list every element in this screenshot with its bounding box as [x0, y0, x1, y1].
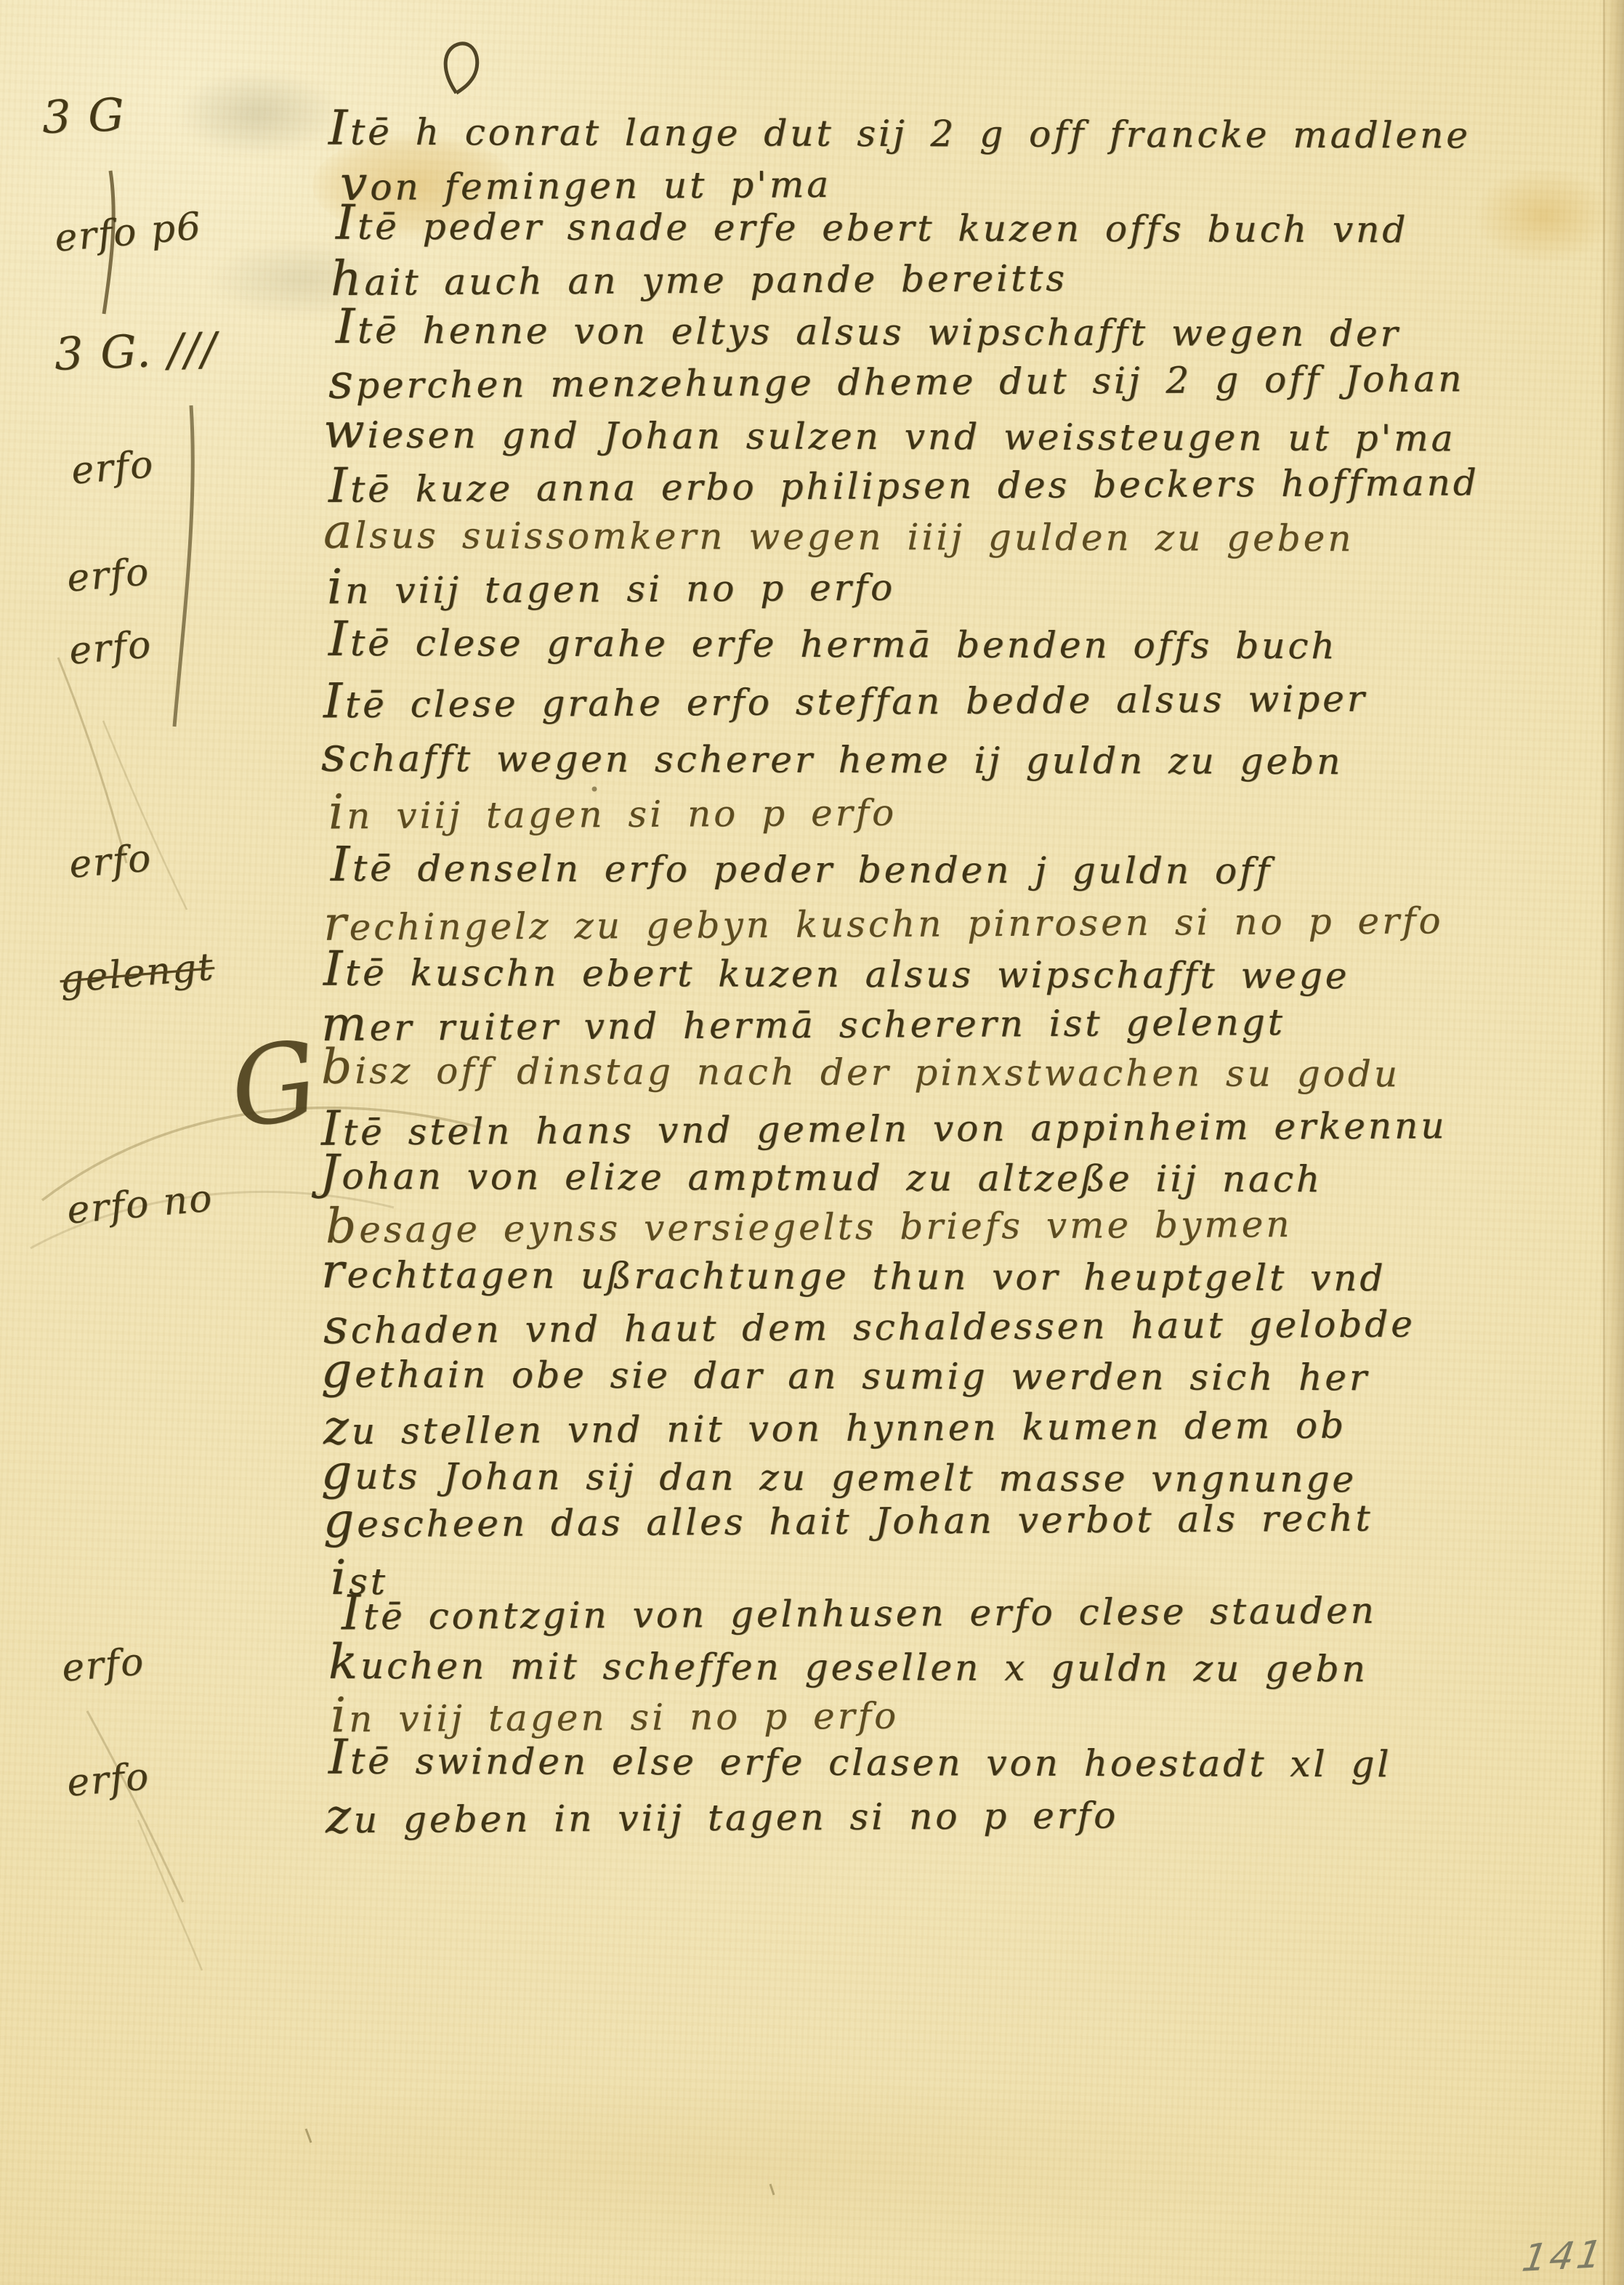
text-line: Itē swinden else erfe clasen von hoestad… — [328, 1736, 1392, 1786]
text-line: Itē contzgin von gelnhusen erfo clese st… — [342, 1586, 1377, 1638]
text-line: zu stellen vnd nit von hynnen kumen dem … — [323, 1401, 1346, 1453]
manuscript-page: 3 G erfo p6 3 G. /// erfo erfo erfo erfo… — [0, 0, 1624, 2285]
text-line: Itē kuschn ebert kuzen alsus wipschafft … — [323, 948, 1350, 997]
text-line: hait auch an yme pande bereitts — [331, 254, 1067, 304]
text-line: kuchen mit scheffen gesellen x guldn zu … — [328, 1641, 1368, 1690]
text-line: rechingelz zu gebyn kuschn pinrosen si n… — [323, 896, 1444, 948]
text-line: gescheen das alles hait Johan verbot als… — [323, 1494, 1373, 1546]
page-edge — [1603, 0, 1605, 2285]
text-line: Itē denseln erfo peder benden j guldn of… — [331, 844, 1272, 892]
text-line: zu geben in viij tagen si no p erfo — [326, 1791, 1119, 1842]
text-line: in viij tagen si no p erfo — [331, 1691, 900, 1741]
text-line: alsus suissomkern wegen iiij gulden zu g… — [323, 511, 1354, 559]
margin-note-struck: gelengt — [58, 947, 216, 1000]
margin-note: erfo — [65, 1756, 152, 1804]
text-line: Itē steln hans vnd gemeln von appinheim … — [321, 1101, 1447, 1153]
ink-stain — [189, 2078, 1279, 2252]
text-line: Itē h conrat lange dut sij 2 g off franc… — [328, 108, 1471, 157]
text-line: sperchen menzehunge dheme dut sij 2 g of… — [328, 354, 1465, 407]
ink-stain — [1475, 169, 1613, 263]
page-number: 141 — [1519, 2233, 1608, 2281]
text-line: Itē clese grahe erfo steffan bedde alsus… — [323, 674, 1368, 727]
text-line: Itē peder snade erfe ebert kuzen offs bu… — [336, 202, 1409, 251]
text-line: Itē henne von eltys alsus wipschafft weg… — [336, 306, 1401, 355]
margin-paraph-mark: G — [224, 1024, 326, 1144]
text-line: Johan von elize amptmud zu altzeße iij n… — [320, 1152, 1322, 1200]
text-line: in viij tagen si no p erfo — [328, 788, 897, 838]
text-line: in viij tagen si no p erfo — [327, 563, 896, 612]
margin-note: erfo p6 — [53, 206, 203, 259]
page-edge-shading — [1602, 0, 1624, 2285]
text-line: schafft wegen scherer heme ij guldn zu g… — [321, 734, 1344, 782]
margin-note: erfo — [70, 444, 156, 492]
text-line: mer ruiter vnd hermā scherern ist geleng… — [321, 998, 1285, 1049]
text-line: bisz off dinstag nach der pinxstwachen s… — [321, 1046, 1400, 1096]
margin-note: erfo — [65, 551, 152, 599]
text-line: von femingen ut p'ma — [340, 160, 831, 209]
text-line: wiesen gnd Johan sulzen vnd weissteugen … — [323, 411, 1456, 460]
margin-note: 3 G. /// — [54, 328, 218, 375]
margin-note: erfo no — [65, 1178, 215, 1231]
show-through-ghost — [174, 70, 342, 157]
text-line: gethain obe sie dar an sumig werden sich… — [321, 1350, 1370, 1399]
text-line: guts Johan sij dan zu gemelt masse vngnu… — [321, 1452, 1357, 1500]
text-line: besage eynss versiegelts briefs vme byme… — [326, 1200, 1293, 1251]
text-line: Itē clese grahe erfe hermā benden offs b… — [328, 618, 1338, 667]
margin-note: erfo — [60, 1641, 147, 1689]
margin-note: erfo — [68, 838, 154, 886]
margin-note: 3 G — [41, 94, 126, 138]
text-line: schaden vnd haut dem schaldessen haut ge… — [323, 1299, 1415, 1351]
text-line: rechttagen ußrachtunge thun vor heuptgel… — [321, 1250, 1386, 1300]
text-line: Itē kuze anna erbo philipsen des beckers… — [328, 458, 1479, 511]
margin-note: erfo — [68, 624, 154, 672]
